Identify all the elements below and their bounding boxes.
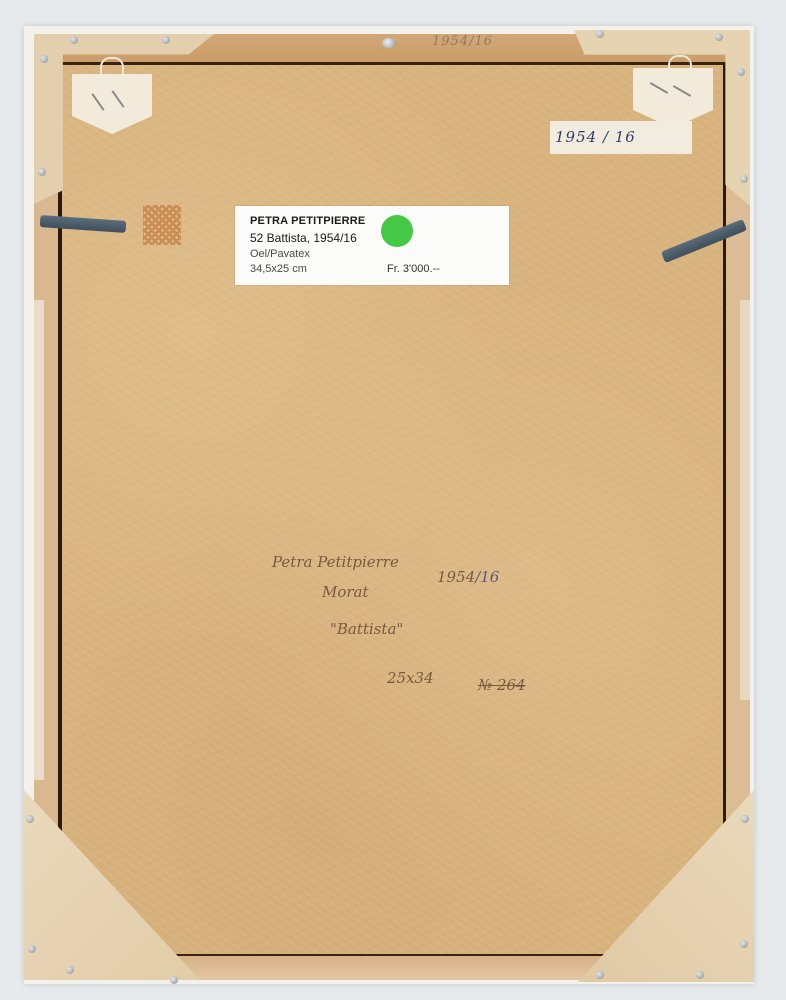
hardboard-panel	[58, 62, 726, 956]
handwritten-size: 25x34	[387, 669, 434, 687]
screw-icon	[40, 55, 48, 63]
staple	[673, 85, 691, 97]
screw-icon	[737, 68, 745, 76]
screw-icon	[38, 168, 46, 176]
handwritten-place: Morat	[322, 583, 369, 601]
label-price: Fr. 3'000.--	[387, 263, 440, 275]
screw-icon	[715, 33, 723, 41]
ink-stamp-mark	[143, 205, 181, 245]
staple	[111, 90, 124, 108]
screw-icon	[740, 940, 748, 948]
screw-icon	[740, 175, 748, 183]
handwritten-crossed-number: № 264	[478, 676, 526, 694]
screw-icon	[596, 971, 604, 979]
screw-icon	[741, 815, 749, 823]
handwritten-date-number: /16	[475, 568, 499, 586]
screw-icon	[162, 36, 170, 44]
artwork-back-photo: 1954/16 1954 / 16 PETRA PETITPIERRE 52 B…	[0, 0, 786, 1000]
green-dot-sticker	[381, 215, 413, 247]
screw-icon	[382, 38, 396, 48]
paint-chip	[740, 300, 750, 700]
screw-icon	[596, 30, 604, 38]
screw-icon	[66, 966, 74, 974]
paint-chip	[34, 300, 44, 780]
handwritten-title: "Battista"	[330, 620, 403, 638]
label-medium: Oel/Pavatex	[250, 248, 310, 260]
inventory-sticker: 1954 / 16	[550, 121, 692, 154]
handwritten-date: 1954/16	[437, 568, 499, 586]
staple	[91, 93, 104, 111]
staple	[650, 82, 668, 94]
label-dimensions: 34,5x25 cm	[250, 263, 307, 275]
label-title: 52 Battista, 1954/16	[250, 231, 357, 245]
panel-texture	[62, 65, 723, 954]
frame-pencil-inscription: 1954/16	[432, 34, 493, 49]
handwritten-date-year: 1954	[437, 568, 475, 586]
gallery-label: PETRA PETITPIERRE 52 Battista, 1954/16 O…	[235, 206, 509, 285]
label-artist: PETRA PETITPIERRE	[250, 215, 365, 227]
screw-icon	[696, 971, 704, 979]
hanger-string	[100, 57, 124, 75]
screw-icon	[170, 976, 178, 984]
handwritten-artist: Petra Petitpierre	[272, 553, 399, 571]
screw-icon	[70, 36, 78, 44]
screw-icon	[28, 945, 36, 953]
inventory-number: 1954 / 16	[555, 128, 636, 146]
screw-icon	[26, 815, 34, 823]
